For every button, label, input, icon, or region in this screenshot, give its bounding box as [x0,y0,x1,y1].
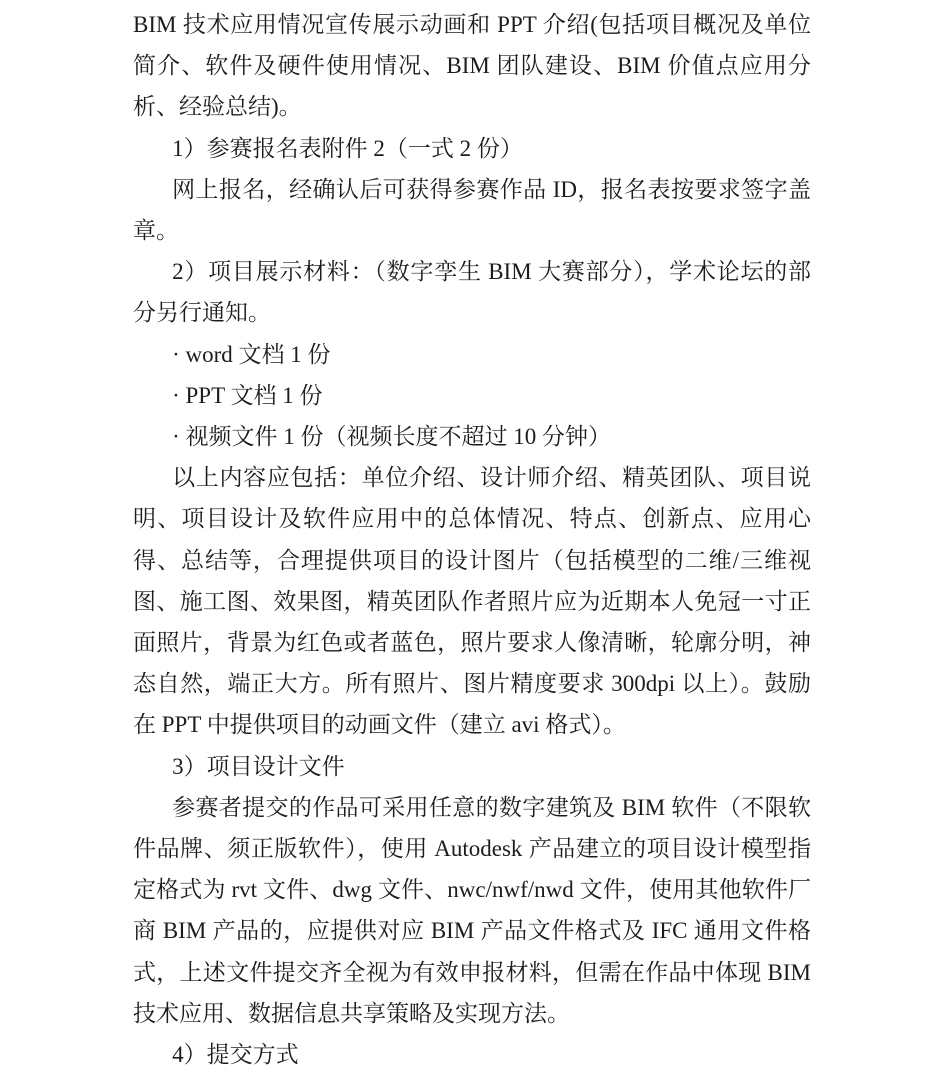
document-page: BIM 技术应用情况宣传展示动画和 PPT 介绍(包括项目概况及单位简介、软件及… [133,0,811,1072]
item-4-submission-method: 4）提交方式 [133,1034,811,1072]
paragraph-bim-intro-continuation: BIM 技术应用情况宣传展示动画和 PPT 介绍(包括项目概况及单位简介、软件及… [133,4,811,128]
item-2-project-display-materials: 2）项目展示材料：（数字孪生 BIM 大赛部分），学术论坛的部分另行通知。 [133,251,811,333]
paragraph-software-format-requirements: 参赛者提交的作品可采用任意的数字建筑及 BIM 软件（不限软件品牌、须正版软件）… [133,787,811,1034]
paragraph-content-requirements: 以上内容应包括：单位介绍、设计师介绍、精英团队、项目说明、项目设计及软件应用中的… [133,457,811,745]
bullet-ppt-document: · PPT 文档 1 份 [133,375,811,416]
bullet-word-document: · word 文档 1 份 [133,334,811,375]
paragraph-online-registration: 网上报名，经确认后可获得参赛作品 ID，报名表按要求签字盖章。 [133,169,811,251]
item-3-project-design-files: 3）项目设计文件 [133,746,811,787]
item-1-entry-form: 1）参赛报名表附件 2（一式 2 份） [133,128,811,169]
bullet-video-file: · 视频文件 1 份（视频长度不超过 10 分钟） [133,416,811,457]
